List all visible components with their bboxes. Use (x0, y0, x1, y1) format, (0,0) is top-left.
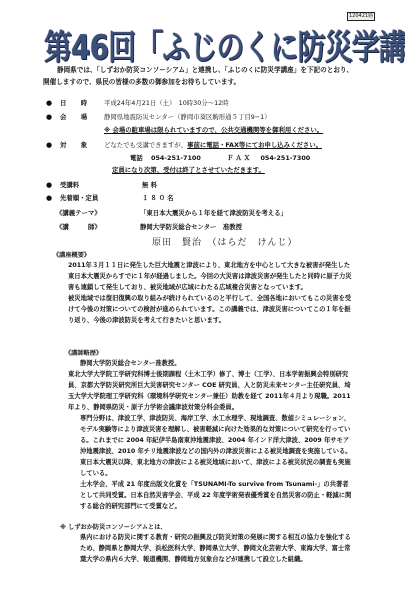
consortium-heading: ※ しずおか防災コンソーシアムとは、 (60, 522, 167, 531)
overview-paragraph-2: 被災地域では復旧復興の取り組みが続けられているのと平行して、全国各地においてもこ… (56, 293, 352, 326)
profile-paragraph-3: 専門分野は、津波工学、津波防災、海岸工学、水工水理学、現地調査、数値シミュレーシ… (68, 413, 354, 479)
tel-label: 電話 (130, 154, 143, 162)
profile-paragraph-2: 東北大学大学院工学研究科博士後期課程（土木工学）修了、博士（工学）、日本学術振興… (68, 369, 354, 413)
consortium-description: 県内における防災に関する教育・研究の振興及び防災対策の発展に関する相互の協力を強… (68, 532, 352, 565)
bullet-icon: ● (46, 193, 60, 203)
tel-number: 054-251-7100 (151, 154, 201, 162)
fee-label: 受講料 (60, 180, 142, 190)
fee-row: ●受講料無 料 (46, 180, 157, 190)
profile-paragraph-4: 土木学会、平成 21 年度出版文化賞を「TSUNAMI-To survive f… (68, 479, 354, 512)
target-apply-note: 事前に電話・FAX等にてお申し込みください。 (187, 141, 322, 149)
overview-heading: 《講座概要》 (53, 250, 90, 259)
date-row: ●日 時平成24年4月21日（土） 10時30分〜12時 (46, 98, 229, 108)
theme-value: 「東日本大震災から１年を経て津波防災を考える」 (140, 209, 287, 217)
venue-row: ●会 場静岡県地震防災センター（静岡市葵区駒形通５丁目9−1） (46, 112, 271, 122)
lecturer-label: 《講 師》 (56, 222, 140, 232)
lecturer-row: 《講 師》静岡大学防災総合センター 准教授 (56, 222, 242, 232)
intro-line-1: 静岡県では、「しずおか防災コンソーシアム」と連携し、「ふじのくに防災学講座」を下… (43, 64, 383, 76)
venue-parking-note: ※ 会場の駐車場は限られていますので、公共交通機関等を御利用ください。 (104, 125, 323, 135)
fax-number: 054-251-7300 (260, 154, 310, 162)
capacity-note: 定員になり次第、受付は終了とさせていただきます。 (112, 165, 265, 175)
overview-text: 2011年３月１１日に発生した巨大地震と津波により、東北地方を中心として大きな被… (56, 260, 352, 326)
target-value: どなたでも受講できますが、 (104, 141, 187, 149)
fee-value: 無 料 (142, 181, 157, 189)
capacity-row: ●先着順・定員１８０名 (46, 193, 176, 203)
capacity-value: １８０名 (142, 194, 176, 202)
lecturer-name: 原田 賢治 （はらだ けんじ） (152, 235, 298, 248)
bullet-icon: ● (46, 180, 60, 190)
theme-label: 《講義テーマ》 (56, 208, 140, 218)
profile-text: 静岡大学防災総合センター准教授。 東北大学大学院工学研究科博士後期課程（土木工学… (68, 358, 354, 512)
target-row: ●対 象どなたでも受講できますが、事前に電話・FAX等にてお申し込みください。 (46, 140, 322, 150)
date-value: 平成24年4月21日（土） 10時30分〜12時 (104, 99, 229, 107)
profile-heading: 《講師略歴》 (65, 348, 102, 357)
date-label: 日 時 (60, 98, 104, 108)
document-id-stamp: 120421勝 (347, 12, 375, 21)
fax-label: ＦＡＸ (227, 154, 252, 162)
venue-label: 会 場 (60, 112, 104, 122)
capacity-label: 先着順・定員 (60, 193, 142, 203)
intro-line-2: 開催しますので、県民の皆様の多数の御参加をお待ちしています。 (43, 76, 383, 88)
intro-text: 静岡県では、「しずおか防災コンソーシアム」と連携し、「ふじのくに防災学講座」を下… (43, 64, 383, 88)
bullet-icon: ● (46, 140, 60, 150)
overview-paragraph-1: 2011年３月１１日に発生した巨大地震と津波により、東北地方を中心として大きな被… (56, 260, 352, 293)
contact-row: 電話 054-251-7100 ＦＡＸ 054-251-7300 (130, 153, 310, 163)
profile-paragraph-1: 静岡大学防災総合センター准教授。 (68, 358, 354, 369)
target-label: 対 象 (60, 140, 104, 150)
lecturer-affiliation: 静岡大学防災総合センター 准教授 (140, 223, 242, 231)
venue-value: 静岡県地震防災センター（静岡市葵区駒形通５丁目9−1） (104, 113, 271, 121)
consortium-text: 県内における防災に関する教育・研究の振興及び防災対策の発展に関する相互の協力を強… (68, 532, 352, 565)
bullet-icon: ● (46, 98, 60, 108)
bullet-icon: ● (46, 112, 60, 122)
theme-row: 《講義テーマ》「東日本大震災から１年を経て津波防災を考える」 (56, 208, 287, 218)
page-title: 第46回「ふじのくに防災学講座」 (44, 20, 315, 69)
